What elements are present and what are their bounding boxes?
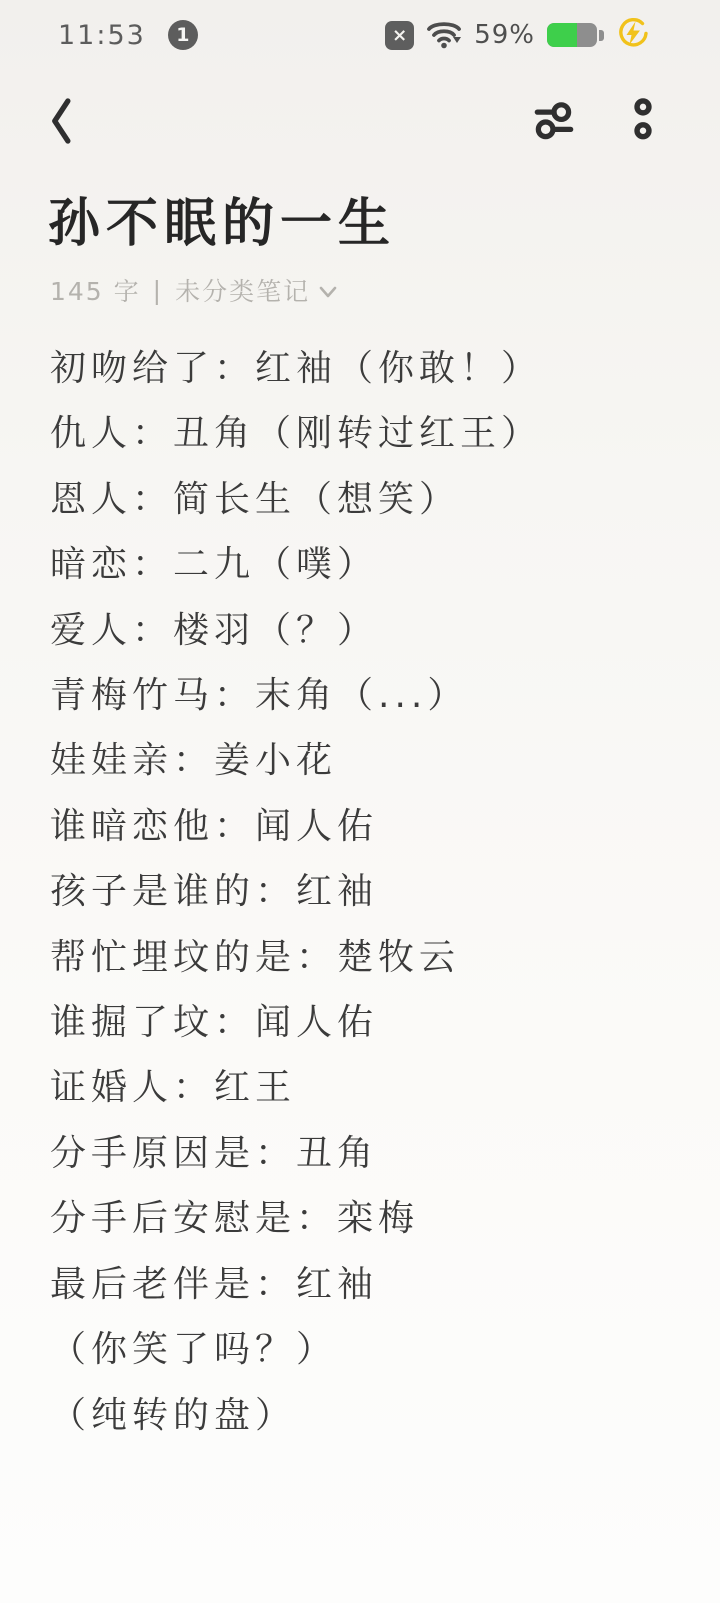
status-bar: 11:53 1 × 59% [0, 0, 720, 56]
meta-separator: | [153, 276, 163, 305]
note-line[interactable]: 青梅竹马：末角（...） [50, 663, 720, 728]
chevron-left-icon [46, 95, 76, 151]
nav-bar-actions [530, 95, 656, 151]
battery-fill [547, 23, 577, 47]
battery-percent-text: 59% [474, 20, 535, 50]
note-line[interactable]: 暗恋：二九（噗） [50, 532, 720, 597]
clock-time: 11:53 [58, 20, 146, 51]
note-line[interactable]: 谁暗恋他：闻人佑 [50, 794, 720, 859]
category-selector[interactable]: 未分类笔记 [175, 272, 338, 308]
notification-count-badge: 1 [168, 20, 198, 50]
battery-icon [547, 23, 604, 47]
notes-app-screen: 11:53 1 × 59% [0, 0, 720, 1603]
note-line[interactable]: 证婚人：红王 [50, 1055, 720, 1120]
note-line[interactable]: 孩子是谁的：红袖 [50, 859, 720, 924]
char-count: 145 字 [50, 272, 141, 308]
battery-nub [599, 30, 604, 41]
note-line[interactable]: （纯转的盘） [50, 1383, 720, 1448]
two-dots-menu-icon [630, 95, 656, 151]
status-bar-right: × 59% [385, 16, 650, 54]
more-options-button[interactable] [630, 95, 656, 151]
note-line[interactable]: 娃娃亲：姜小花 [50, 728, 720, 793]
chevron-down-icon [318, 276, 338, 305]
back-button[interactable] [46, 95, 76, 151]
note-title[interactable]: 孙不眠的一生 [48, 190, 720, 258]
note-line[interactable]: 仇人：丑角（刚转过红王） [50, 401, 720, 466]
note-line[interactable]: 分手后安慰是：栾梅 [50, 1186, 720, 1251]
status-bar-left: 11:53 1 [58, 20, 198, 51]
no-sim-icon: × [385, 21, 414, 50]
note-line[interactable]: 谁掘了坟：闻人佑 [50, 990, 720, 1055]
note-line[interactable]: 最后老伴是：红袖 [50, 1252, 720, 1317]
note-meta-row: 145 字 | 未分类笔记 [50, 272, 720, 308]
note-line[interactable]: 帮忙埋坟的是：楚牧云 [50, 925, 720, 990]
sliders-icon [530, 97, 578, 149]
note-line[interactable]: 爱人：楼羽（？） [50, 598, 720, 663]
note-line[interactable]: 恩人：简长生（想笑） [50, 467, 720, 532]
nav-bar [0, 90, 720, 156]
note-body[interactable]: 初吻给了：红袖（你敢！） 仇人：丑角（刚转过红王） 恩人：简长生（想笑） 暗恋：… [50, 336, 720, 1448]
wifi-icon [426, 18, 462, 53]
charging-bolt-icon [616, 16, 650, 54]
note-line[interactable]: 初吻给了：红袖（你敢！） [50, 336, 720, 401]
note-line[interactable]: （你笑了吗？） [50, 1317, 720, 1382]
category-label: 未分类笔记 [175, 272, 310, 308]
note-line[interactable]: 分手原因是：丑角 [50, 1121, 720, 1186]
adjust-settings-button[interactable] [530, 97, 578, 149]
